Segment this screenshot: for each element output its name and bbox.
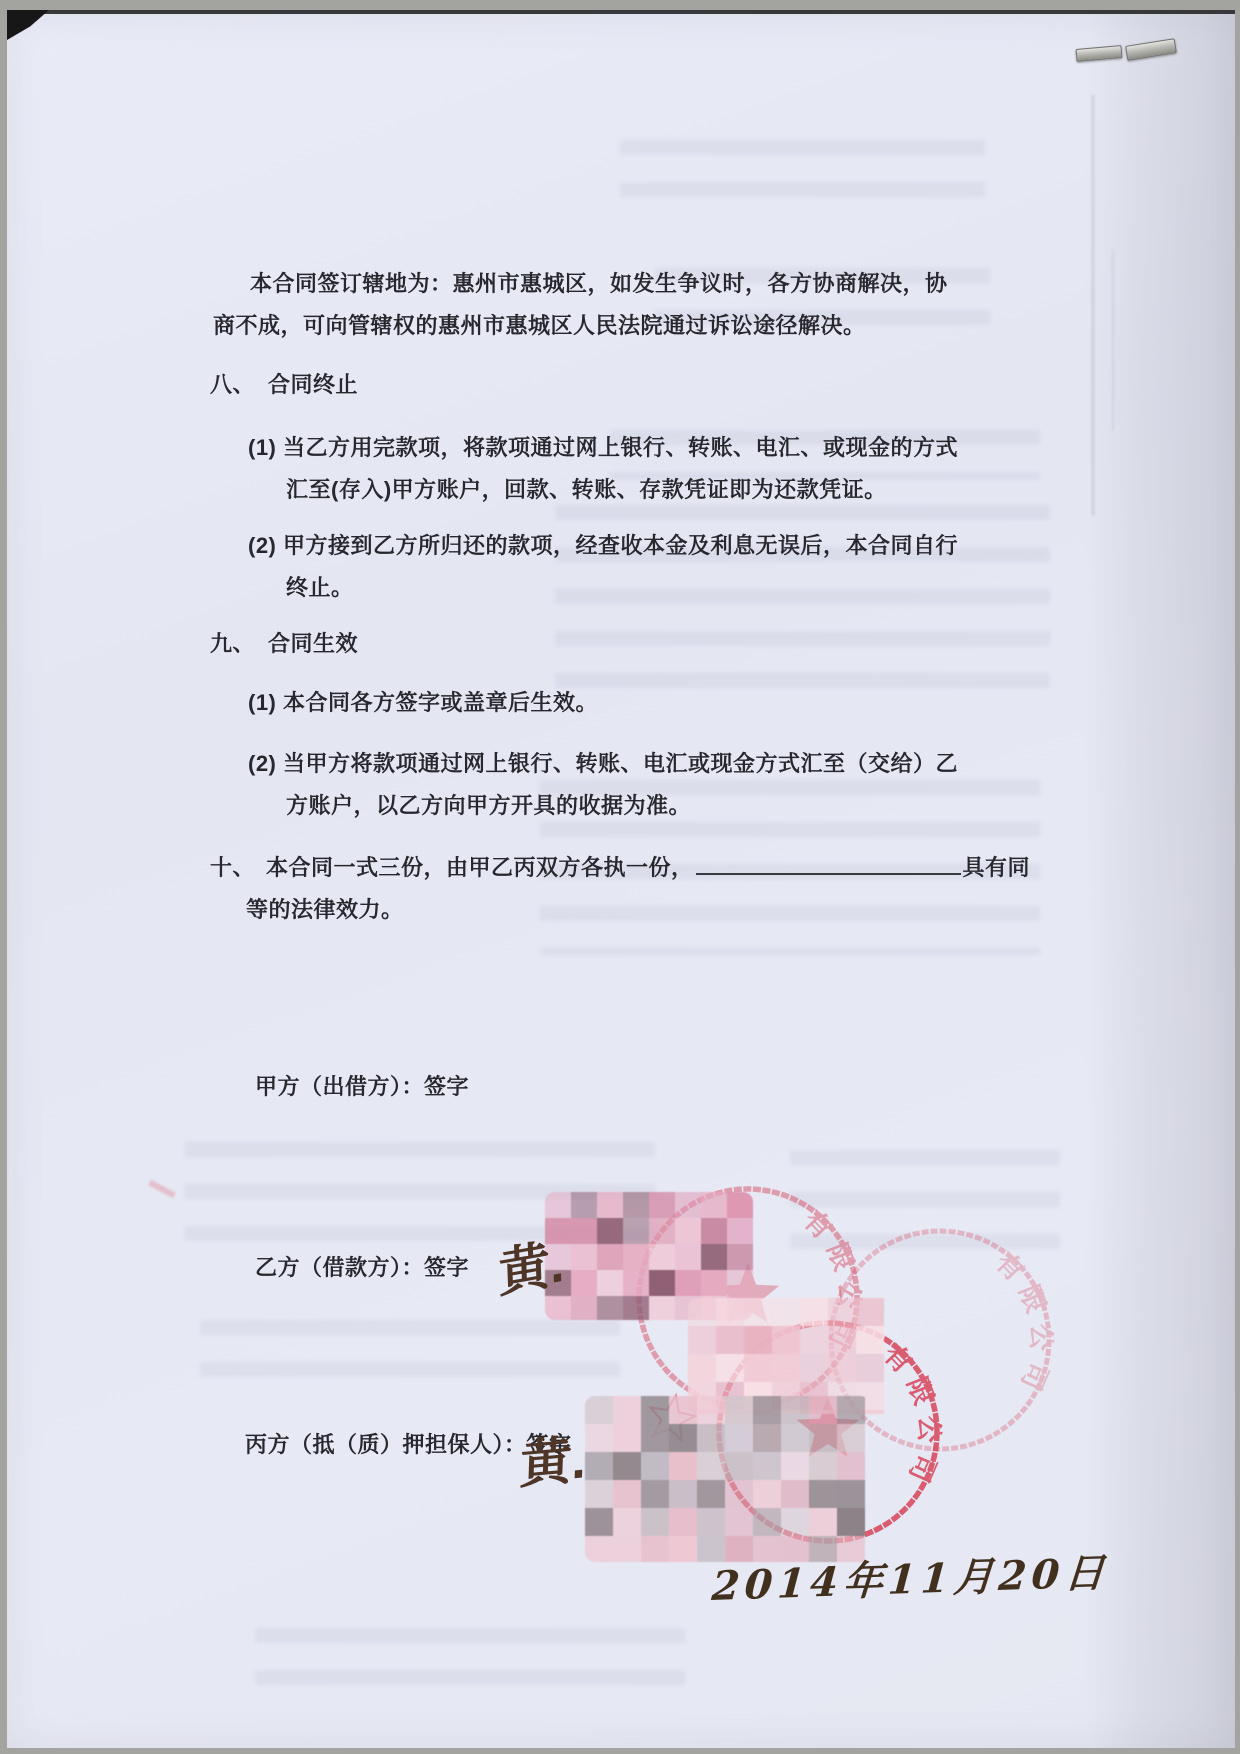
clause-ten-text: 本合同一式三份，由甲乙丙双方各执一份， bbox=[266, 855, 694, 880]
section-8-title: 合同终止 bbox=[268, 372, 358, 397]
blank-underline bbox=[696, 852, 961, 875]
item-text: 甲方接到乙方所归还的款项，经查收本金及利息无误后，本合同自行终止。 bbox=[283, 533, 958, 600]
item-number: (1) bbox=[248, 690, 276, 715]
scanned-contract-page: { "document": { "intro_paragraph": "本合同签… bbox=[0, 0, 1240, 1754]
section-8-item-1: (1) 当乙方用完款项，将款项通过网上银行、转账、电汇、或现金的方式汇至(存入)… bbox=[248, 427, 975, 511]
clause-ten-line-1: 十、本合同一式三份，由甲乙丙双方各执一份，具有同 bbox=[210, 847, 1030, 889]
clause-ten-text-after-blank: 具有同 bbox=[963, 855, 1031, 880]
clause-ten-line-2: 等的法律效力。 bbox=[246, 889, 404, 931]
item-text: 本合同各方签字或盖章后生效。 bbox=[283, 690, 598, 715]
section-8-number: 八、 bbox=[210, 372, 255, 397]
section-9-item-2: (2) 当甲方将款项通过网上银行、转账、电汇或现金方式汇至（交给）乙方账户，以乙… bbox=[248, 743, 975, 827]
party-c-name-blur bbox=[585, 1396, 870, 1562]
section-9-heading: 九、合同生效 bbox=[210, 623, 358, 665]
section-8-heading: 八、合同终止 bbox=[210, 364, 358, 406]
party-c-handwritten-signature: 黄. bbox=[519, 1417, 588, 1498]
item-number: (2) bbox=[248, 751, 276, 776]
item-number: (2) bbox=[248, 533, 276, 558]
section-9-item-1: (1) 本合同各方签字或盖章后生效。 bbox=[248, 682, 975, 724]
party-b-handwritten-signature: 黄. bbox=[497, 1220, 565, 1307]
item-text: 当甲方将款项通过网上银行、转账、电汇或现金方式汇至（交给）乙方账户，以乙方向甲方… bbox=[283, 751, 958, 818]
paper-edge-streak bbox=[1092, 95, 1094, 515]
jurisdiction-paragraph: 本合同签订辖地为：惠州市惠城区，如发生争议时，各方协商解决，协商不成，可向管辖权… bbox=[213, 263, 965, 347]
item-number: (1) bbox=[248, 435, 276, 460]
section-8-item-2: (2) 甲方接到乙方所归还的款项，经查收本金及利息无误后，本合同自行终止。 bbox=[248, 525, 975, 609]
item-text: 当乙方用完款项，将款项通过网上银行、转账、电汇、或现金的方式汇至(存入)甲方账户… bbox=[283, 435, 958, 502]
clause-ten-number: 十、 bbox=[210, 855, 255, 880]
party-a-signature-label: 甲方（出借方）：签字 bbox=[255, 1066, 469, 1108]
paper-edge-streak bbox=[1112, 250, 1114, 430]
party-b-signature-label: 乙方（借款方）：签字 bbox=[255, 1247, 469, 1289]
section-9-title: 合同生效 bbox=[268, 631, 358, 656]
section-9-number: 九、 bbox=[210, 631, 255, 656]
svg-text:有限公司: 有限公司 bbox=[989, 1247, 1055, 1403]
